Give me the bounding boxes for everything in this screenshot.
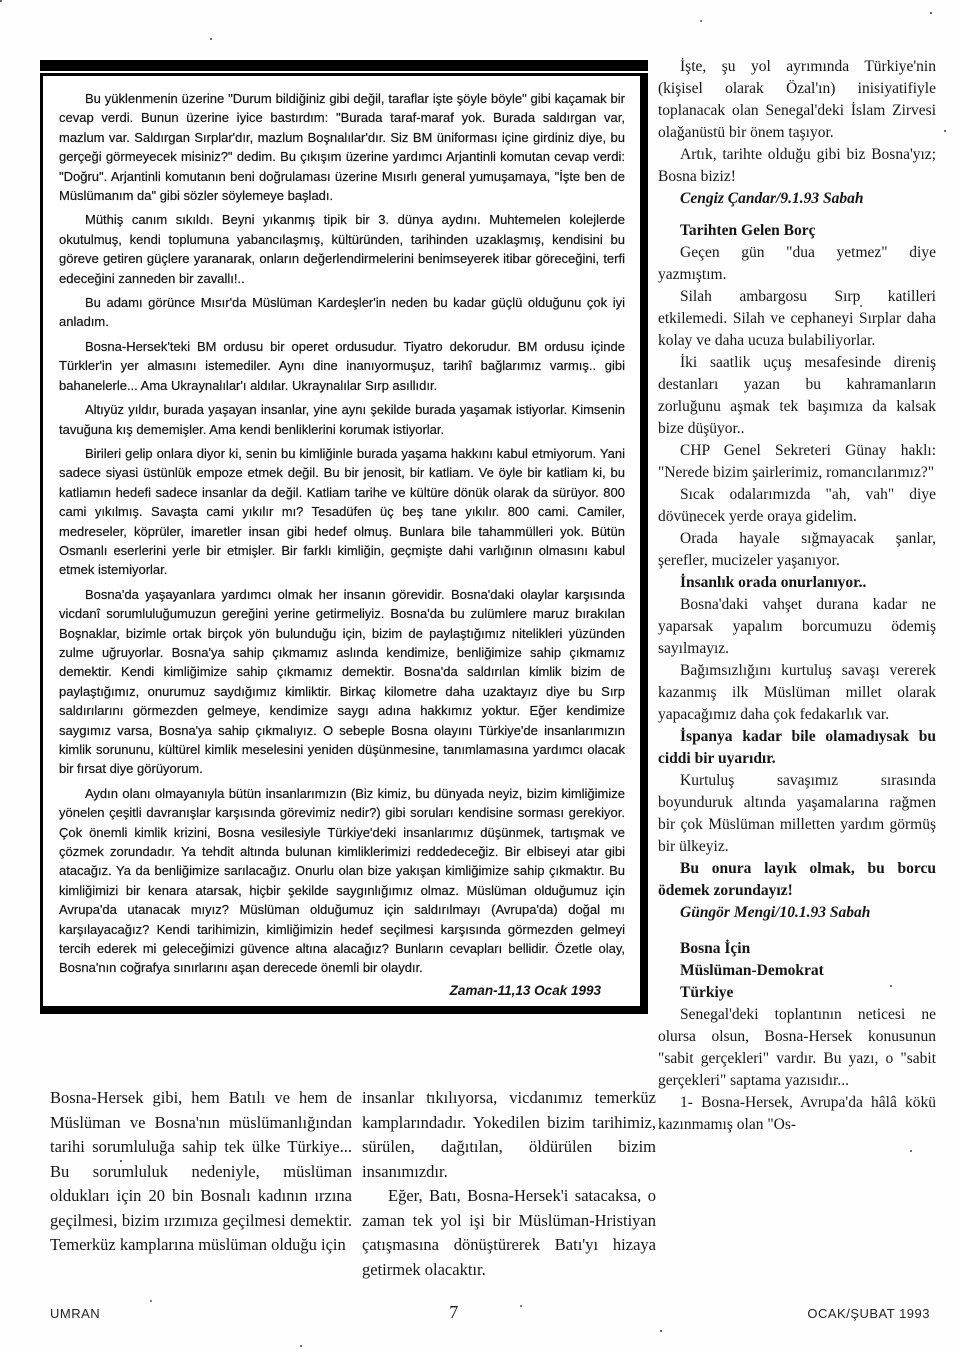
article-paragraph: Bu yüklenmenin üzerine "Durum bildiğiniz… (59, 89, 625, 205)
footer: UMRAN 7 OCAK/ŞUBAT 1993 (50, 1302, 930, 1323)
column-paragraph: İnsanlık orada onurlanıyor.. (658, 572, 936, 594)
column-paragraph: Kurtuluş savaşımız sırasında boyunduruk … (658, 770, 936, 858)
journal-name: UMRAN (50, 1306, 100, 1321)
section-heading: Türkiye (658, 982, 936, 1004)
column-paragraph: İşte, şu yol ayrımında Türkiye'nin (kişi… (658, 56, 936, 144)
bottom-middle-column: insanlar tıkılıyorsa, vicdanımız temerkü… (362, 1086, 656, 1282)
boxed-article: Bu yüklenmenin üzerine "Durum bildiğiniz… (40, 60, 648, 1014)
right-column: İşte, şu yol ayrımında Türkiye'nin (kişi… (658, 56, 936, 1136)
column-paragraph: İspanya kadar bile olamadıysak bu ciddi … (658, 726, 936, 770)
issue-date: OCAK/ŞUBAT 1993 (807, 1306, 930, 1321)
box-top-bar (40, 60, 648, 71)
column-paragraph: Senegal'deki toplantının neticesi ne olu… (658, 1004, 936, 1092)
column-paragraph: Eğer, Batı, Bosna-Hersek'i satacaksa, o … (362, 1184, 656, 1282)
article-paragraph: Birileri gelip onlara diyor ki, senin bu… (59, 444, 625, 580)
column-paragraph: CHP Genel Sekreteri Günay haklı: "Nerede… (658, 440, 936, 484)
column-paragraph: Bu onura layık olmak, bu borcu ödemek zo… (658, 858, 936, 902)
section-heading: Müslüman-Demokrat (658, 960, 936, 982)
article-paragraph: Bosna'da yaşayanlara yardımcı olmak her … (59, 585, 625, 779)
signature-line: Cengiz Çandar/9.1.93 Sabah (658, 188, 936, 210)
section-heading: Tarihten Gelen Borç (658, 220, 936, 242)
column-paragraph: Orada hayale sığmayacak şanlar, şerefler… (658, 528, 936, 572)
section-heading: Bosna İçin (658, 938, 936, 960)
article-paragraph: Bosna-Hersek'teki BM ordusu bir operet o… (59, 337, 625, 395)
column-paragraph: 1- Bosna-Hersek, Avrupa'da hâlâ kökü kaz… (658, 1092, 936, 1136)
page-number: 7 (449, 1302, 458, 1323)
article-paragraph: Müthiş canım sıkıldı. Beyni yıkanmış tip… (59, 210, 625, 288)
column-paragraph: Sıcak odalarımızda "ah, vah" diye dövüne… (658, 484, 936, 528)
scanned-page: Bu yüklenmenin üzerine "Durum bildiğiniz… (0, 0, 960, 1353)
article-paragraph: Bu adamı görünce Mısır'da Müslüman Karde… (59, 293, 625, 332)
column-paragraph: Artık, tarihte olduğu gibi biz Bosna'yız… (658, 144, 936, 188)
article-paragraph: Aydın olanı olmayanıyla bütün insanlarım… (59, 784, 625, 978)
article-signature: Zaman-11,13 Ocak 1993 (59, 983, 601, 998)
scan-noise (0, 0, 2, 2)
column-paragraph: Bosna'daki vahşet durana kadar ne yapars… (658, 594, 936, 660)
column-paragraph: Bağımsızlığını kurtuluş savaşı vererek k… (658, 660, 936, 726)
column-paragraph: Silah ambargosu Sırp katilleri etkilemed… (658, 286, 936, 352)
column-paragraph: Geçen gün "dua yetmez" diye yazmıştım. (658, 242, 936, 286)
signature-line: Güngör Mengi/10.1.93 Sabah (658, 902, 936, 924)
article-paragraph: Altıyüz yıldır, burada yaşayan insanlar,… (59, 400, 625, 439)
box-frame: Bu yüklenmenin üzerine "Durum bildiğiniz… (40, 73, 648, 1014)
column-paragraph: insanlar tıkılıyorsa, vicdanımız temerkü… (362, 1086, 656, 1184)
column-paragraph: İki saatlik uçuş mesafesinde direniş des… (658, 352, 936, 440)
bottom-left-column: Bosna-Hersek gibi, hem Batılı ve hem de … (50, 1086, 352, 1258)
